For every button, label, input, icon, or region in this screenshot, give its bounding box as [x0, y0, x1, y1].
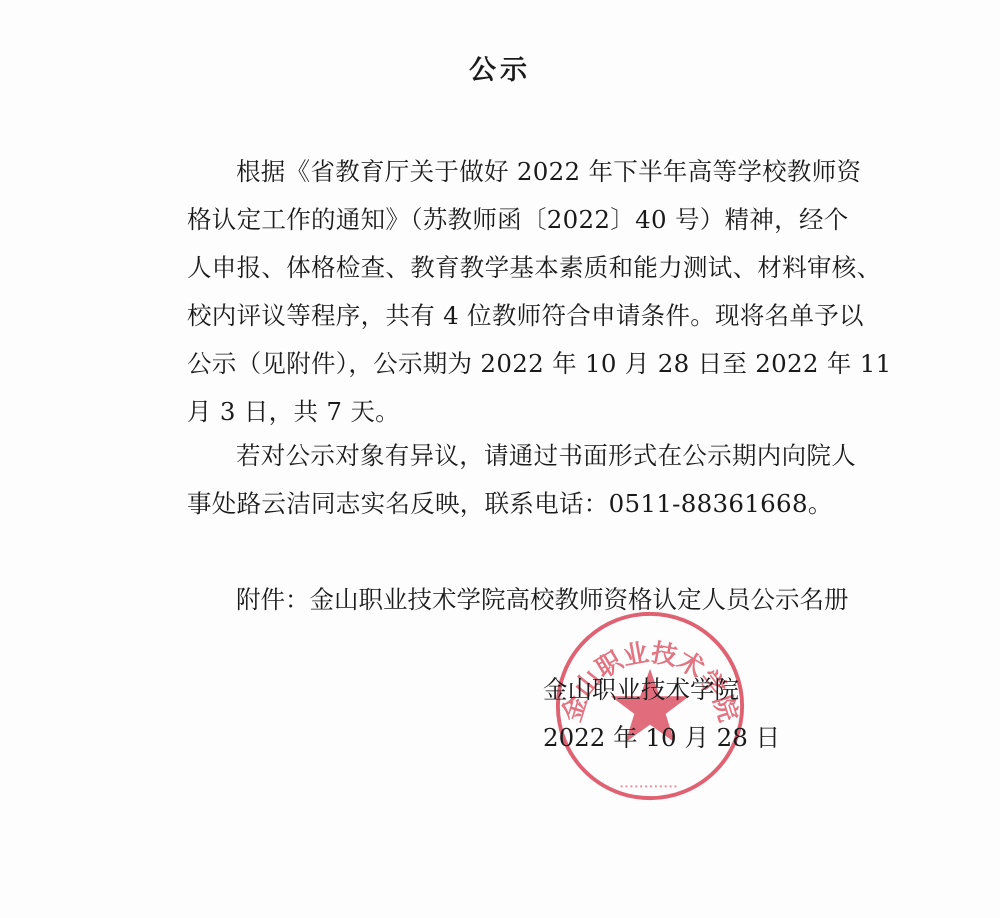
notice-title: 公示: [0, 48, 1000, 87]
paragraph-line: 若对公示对象有异议，请通过书面形式在公示期内向院人: [187, 432, 857, 480]
paragraph-line: 事处路云洁同志实名反映，联系电话：0511-88361668。: [187, 480, 857, 528]
notice-paragraph-1: 根据《省教育厅关于做好 2022 年下半年高等学校教师资 格认定工作的通知》（苏…: [187, 148, 857, 436]
signature-block: 金山职业技术学院 2022 年 10 月 28 日: [543, 666, 780, 762]
paragraph-line: 校内评议等程序，共有 4 位教师符合申请条件。现将名单予以: [187, 292, 857, 340]
paragraph-line: 公示（见附件），公示期为 2022 年 10 月 28 日至 2022 年 11: [187, 340, 857, 388]
notice-paragraph-2: 若对公示对象有异议，请通过书面形式在公示期内向院人 事处路云洁同志实名反映，联系…: [187, 432, 857, 528]
attachment-note: 附件：金山职业技术学院高校教师资格认定人员公示名册: [236, 576, 849, 624]
paragraph-line: 人申报、体格检查、教育教学基本素质和能力测试、材料审核、: [187, 244, 857, 292]
signature-organization: 金山职业技术学院: [543, 666, 780, 714]
signature-date: 2022 年 10 月 28 日: [543, 714, 780, 762]
paragraph-line: 根据《省教育厅关于做好 2022 年下半年高等学校教师资: [187, 148, 857, 196]
paragraph-line: 月 3 日，共 7 天。: [187, 388, 857, 436]
paragraph-line: 格认定工作的通知》（苏教师函〔2022〕40 号）精神，经个: [187, 196, 857, 244]
